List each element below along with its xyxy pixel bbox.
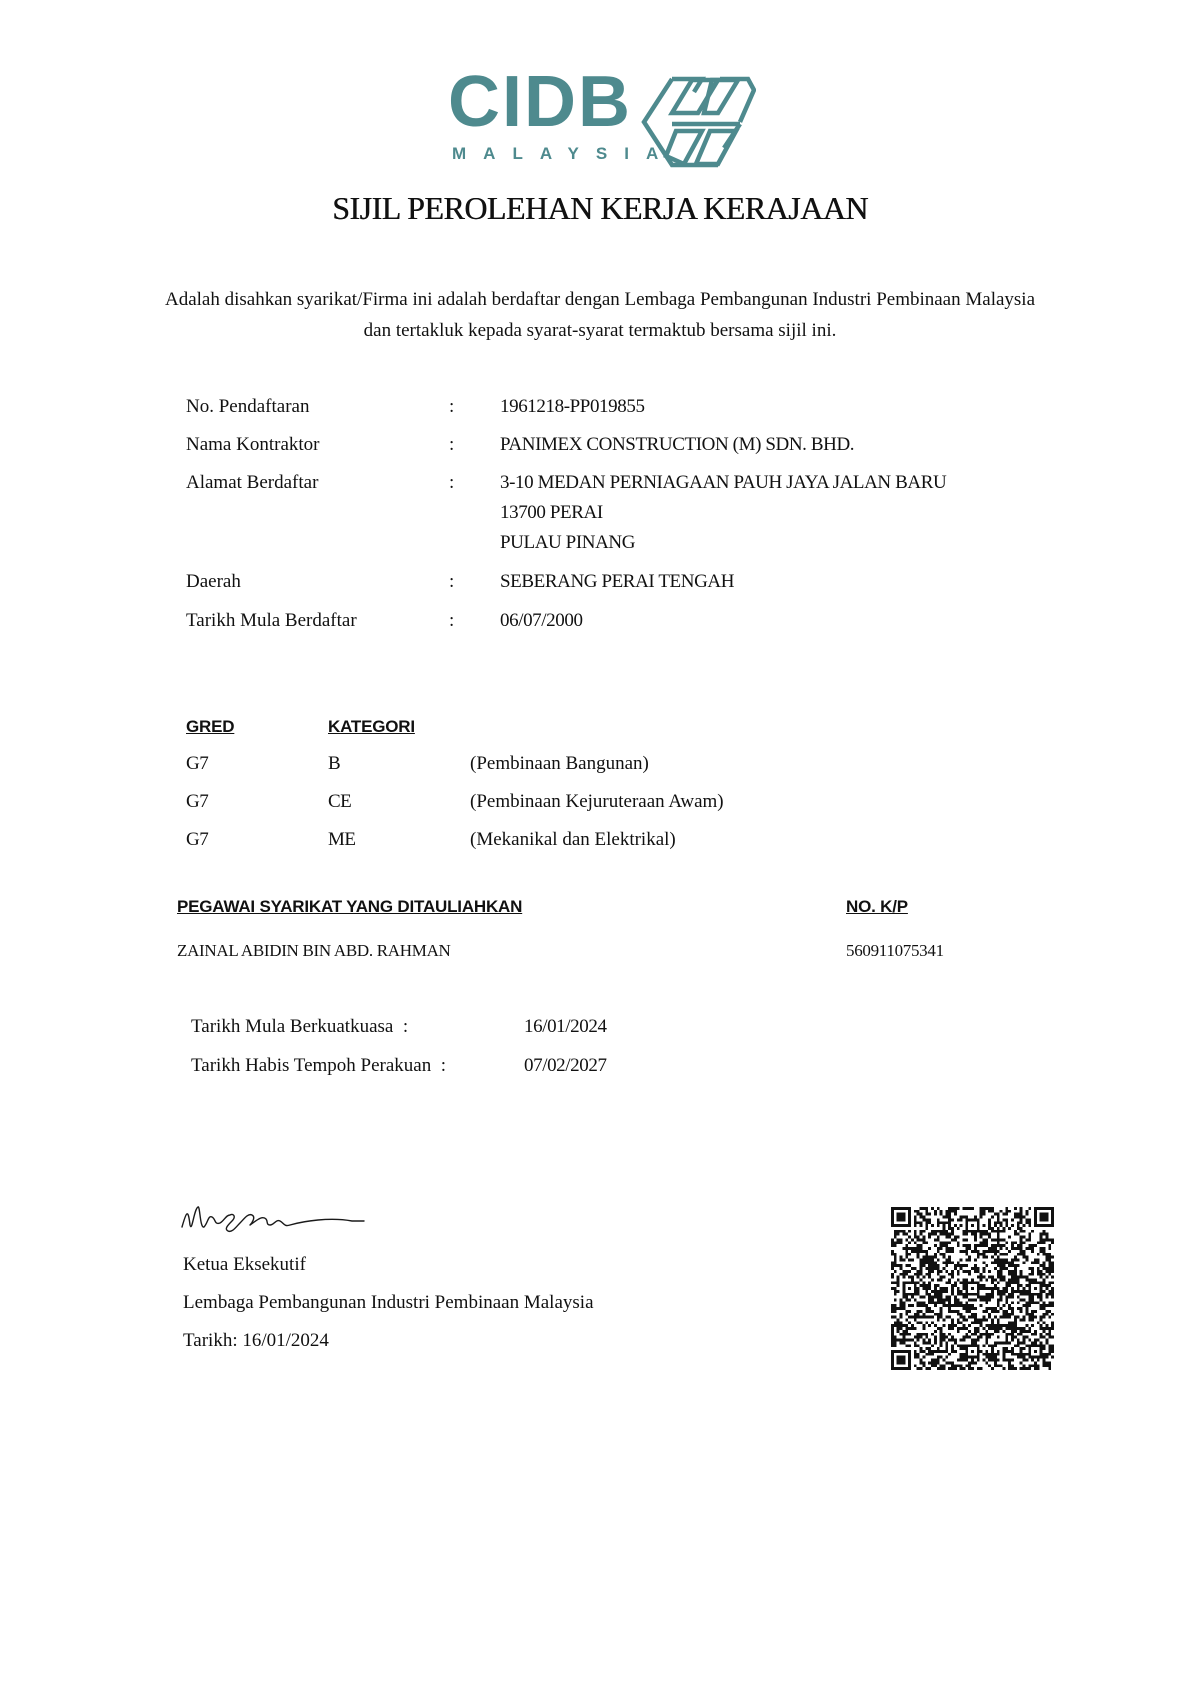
signature-date: Tarikh: 16/01/2024 bbox=[183, 1330, 329, 1352]
field-label: Tarikh Mula Berdaftar bbox=[186, 610, 357, 632]
description-cell: (Pembinaan Kejuruteraan Awam) bbox=[470, 791, 724, 813]
grade-cell: G7 bbox=[186, 829, 208, 851]
officer-id-number: 560911075341 bbox=[846, 941, 944, 961]
certification-statement: Adalah disahkan syarikat/Firma ini adala… bbox=[160, 284, 1040, 346]
handwritten-signature-icon bbox=[180, 1203, 380, 1239]
officer-id-header: NO. K/P bbox=[846, 897, 908, 917]
address-line-3: PULAU PINANG bbox=[500, 532, 635, 554]
field-separator: : bbox=[449, 571, 454, 593]
certificate-title: SIJIL PEROLEHAN KERJA KERAJAAN bbox=[0, 190, 1200, 227]
signatory-organization: Lembaga Pembangunan Industri Pembinaan M… bbox=[183, 1292, 594, 1314]
field-separator: : bbox=[449, 434, 454, 456]
signatory-title: Ketua Eksekutif bbox=[183, 1254, 306, 1276]
effective-date-value: 16/01/2024 bbox=[524, 1016, 607, 1038]
category-cell: B bbox=[328, 753, 340, 775]
field-separator: : bbox=[449, 610, 454, 632]
category-cell: CE bbox=[328, 791, 351, 813]
cidb-logo: CIDB MALAYSIA bbox=[448, 76, 758, 172]
address-line-1: 3-10 MEDAN PERNIAGAAN PAUH JAYA JALAN BA… bbox=[500, 472, 946, 494]
logo-wordmark: CIDB bbox=[448, 66, 632, 138]
cidb-hexagon-mark-icon bbox=[636, 76, 756, 168]
field-label: No. Pendaftaran bbox=[186, 396, 309, 418]
category-cell: ME bbox=[328, 829, 356, 851]
address-line-2: 13700 PERAI bbox=[500, 502, 603, 524]
expiry-date-label: Tarikh Habis Tempoh Perakuan : bbox=[191, 1055, 446, 1077]
column-header-grade: GRED bbox=[186, 717, 234, 737]
field-separator: : bbox=[449, 472, 454, 494]
effective-date-label: Tarikh Mula Berkuatkuasa : bbox=[191, 1016, 408, 1038]
field-separator: : bbox=[449, 396, 454, 418]
field-label: Nama Kontraktor bbox=[186, 434, 319, 456]
description-cell: (Mekanikal dan Elektrikal) bbox=[470, 829, 676, 851]
grade-cell: G7 bbox=[186, 791, 208, 813]
officer-name: ZAINAL ABIDIN BIN ABD. RAHMAN bbox=[177, 941, 451, 961]
field-value: 1961218-PP019855 bbox=[500, 396, 645, 418]
officer-name-header: PEGAWAI SYARIKAT YANG DITAULIAHKAN bbox=[177, 897, 522, 917]
field-label: Daerah bbox=[186, 571, 241, 593]
field-value: SEBERANG PERAI TENGAH bbox=[500, 571, 734, 593]
qr-code-icon[interactable] bbox=[891, 1207, 1054, 1370]
field-value: 06/07/2000 bbox=[500, 610, 583, 632]
expiry-date-value: 07/02/2027 bbox=[524, 1055, 607, 1077]
description-cell: (Pembinaan Bangunan) bbox=[470, 753, 649, 775]
column-header-category: KATEGORI bbox=[328, 717, 415, 737]
field-label: Alamat Berdaftar bbox=[186, 472, 318, 494]
grade-cell: G7 bbox=[186, 753, 208, 775]
field-value: PANIMEX CONSTRUCTION (M) SDN. BHD. bbox=[500, 434, 854, 456]
